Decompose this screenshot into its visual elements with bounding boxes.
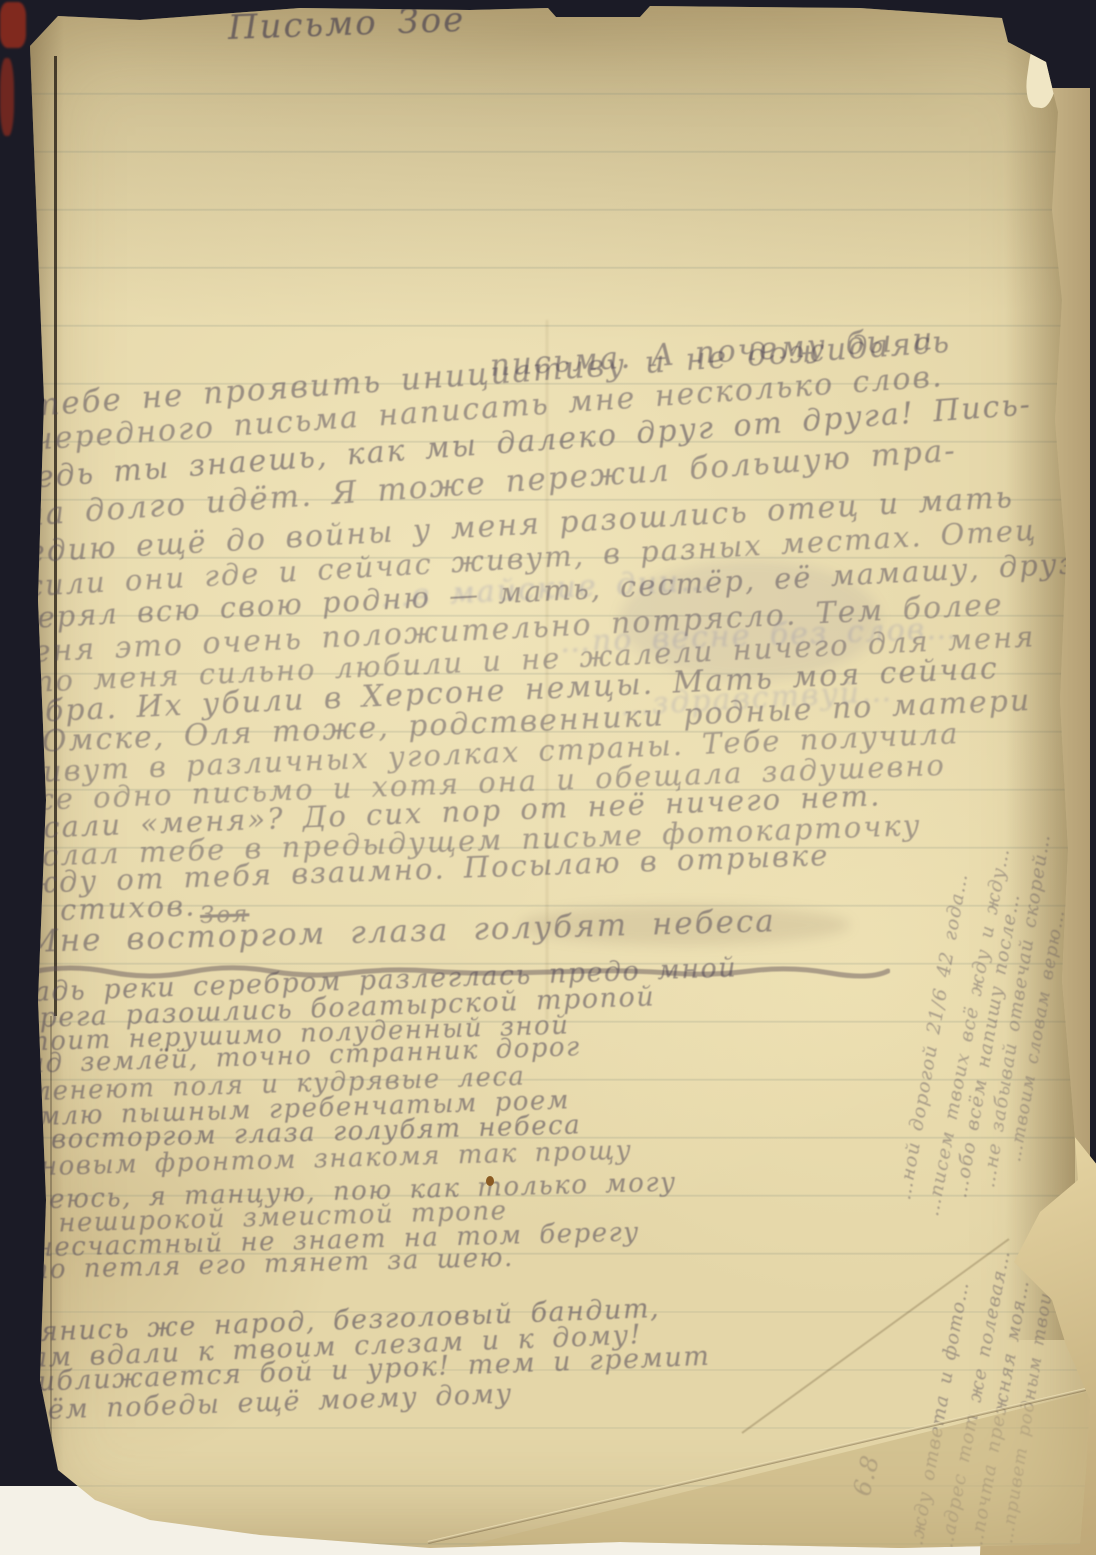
paper-sheet: Письмо Зое …в майские дни… …по весне без… bbox=[0, 0, 1096, 1555]
ink-title-note: Письмо Зое bbox=[227, 0, 466, 48]
paper-speck bbox=[486, 1176, 494, 1186]
red-archive-mark bbox=[0, 2, 26, 48]
scanned-letter-page: Письмо Зое …в майские дни… …по весне без… bbox=[0, 0, 1096, 1555]
red-archive-mark bbox=[0, 58, 14, 136]
